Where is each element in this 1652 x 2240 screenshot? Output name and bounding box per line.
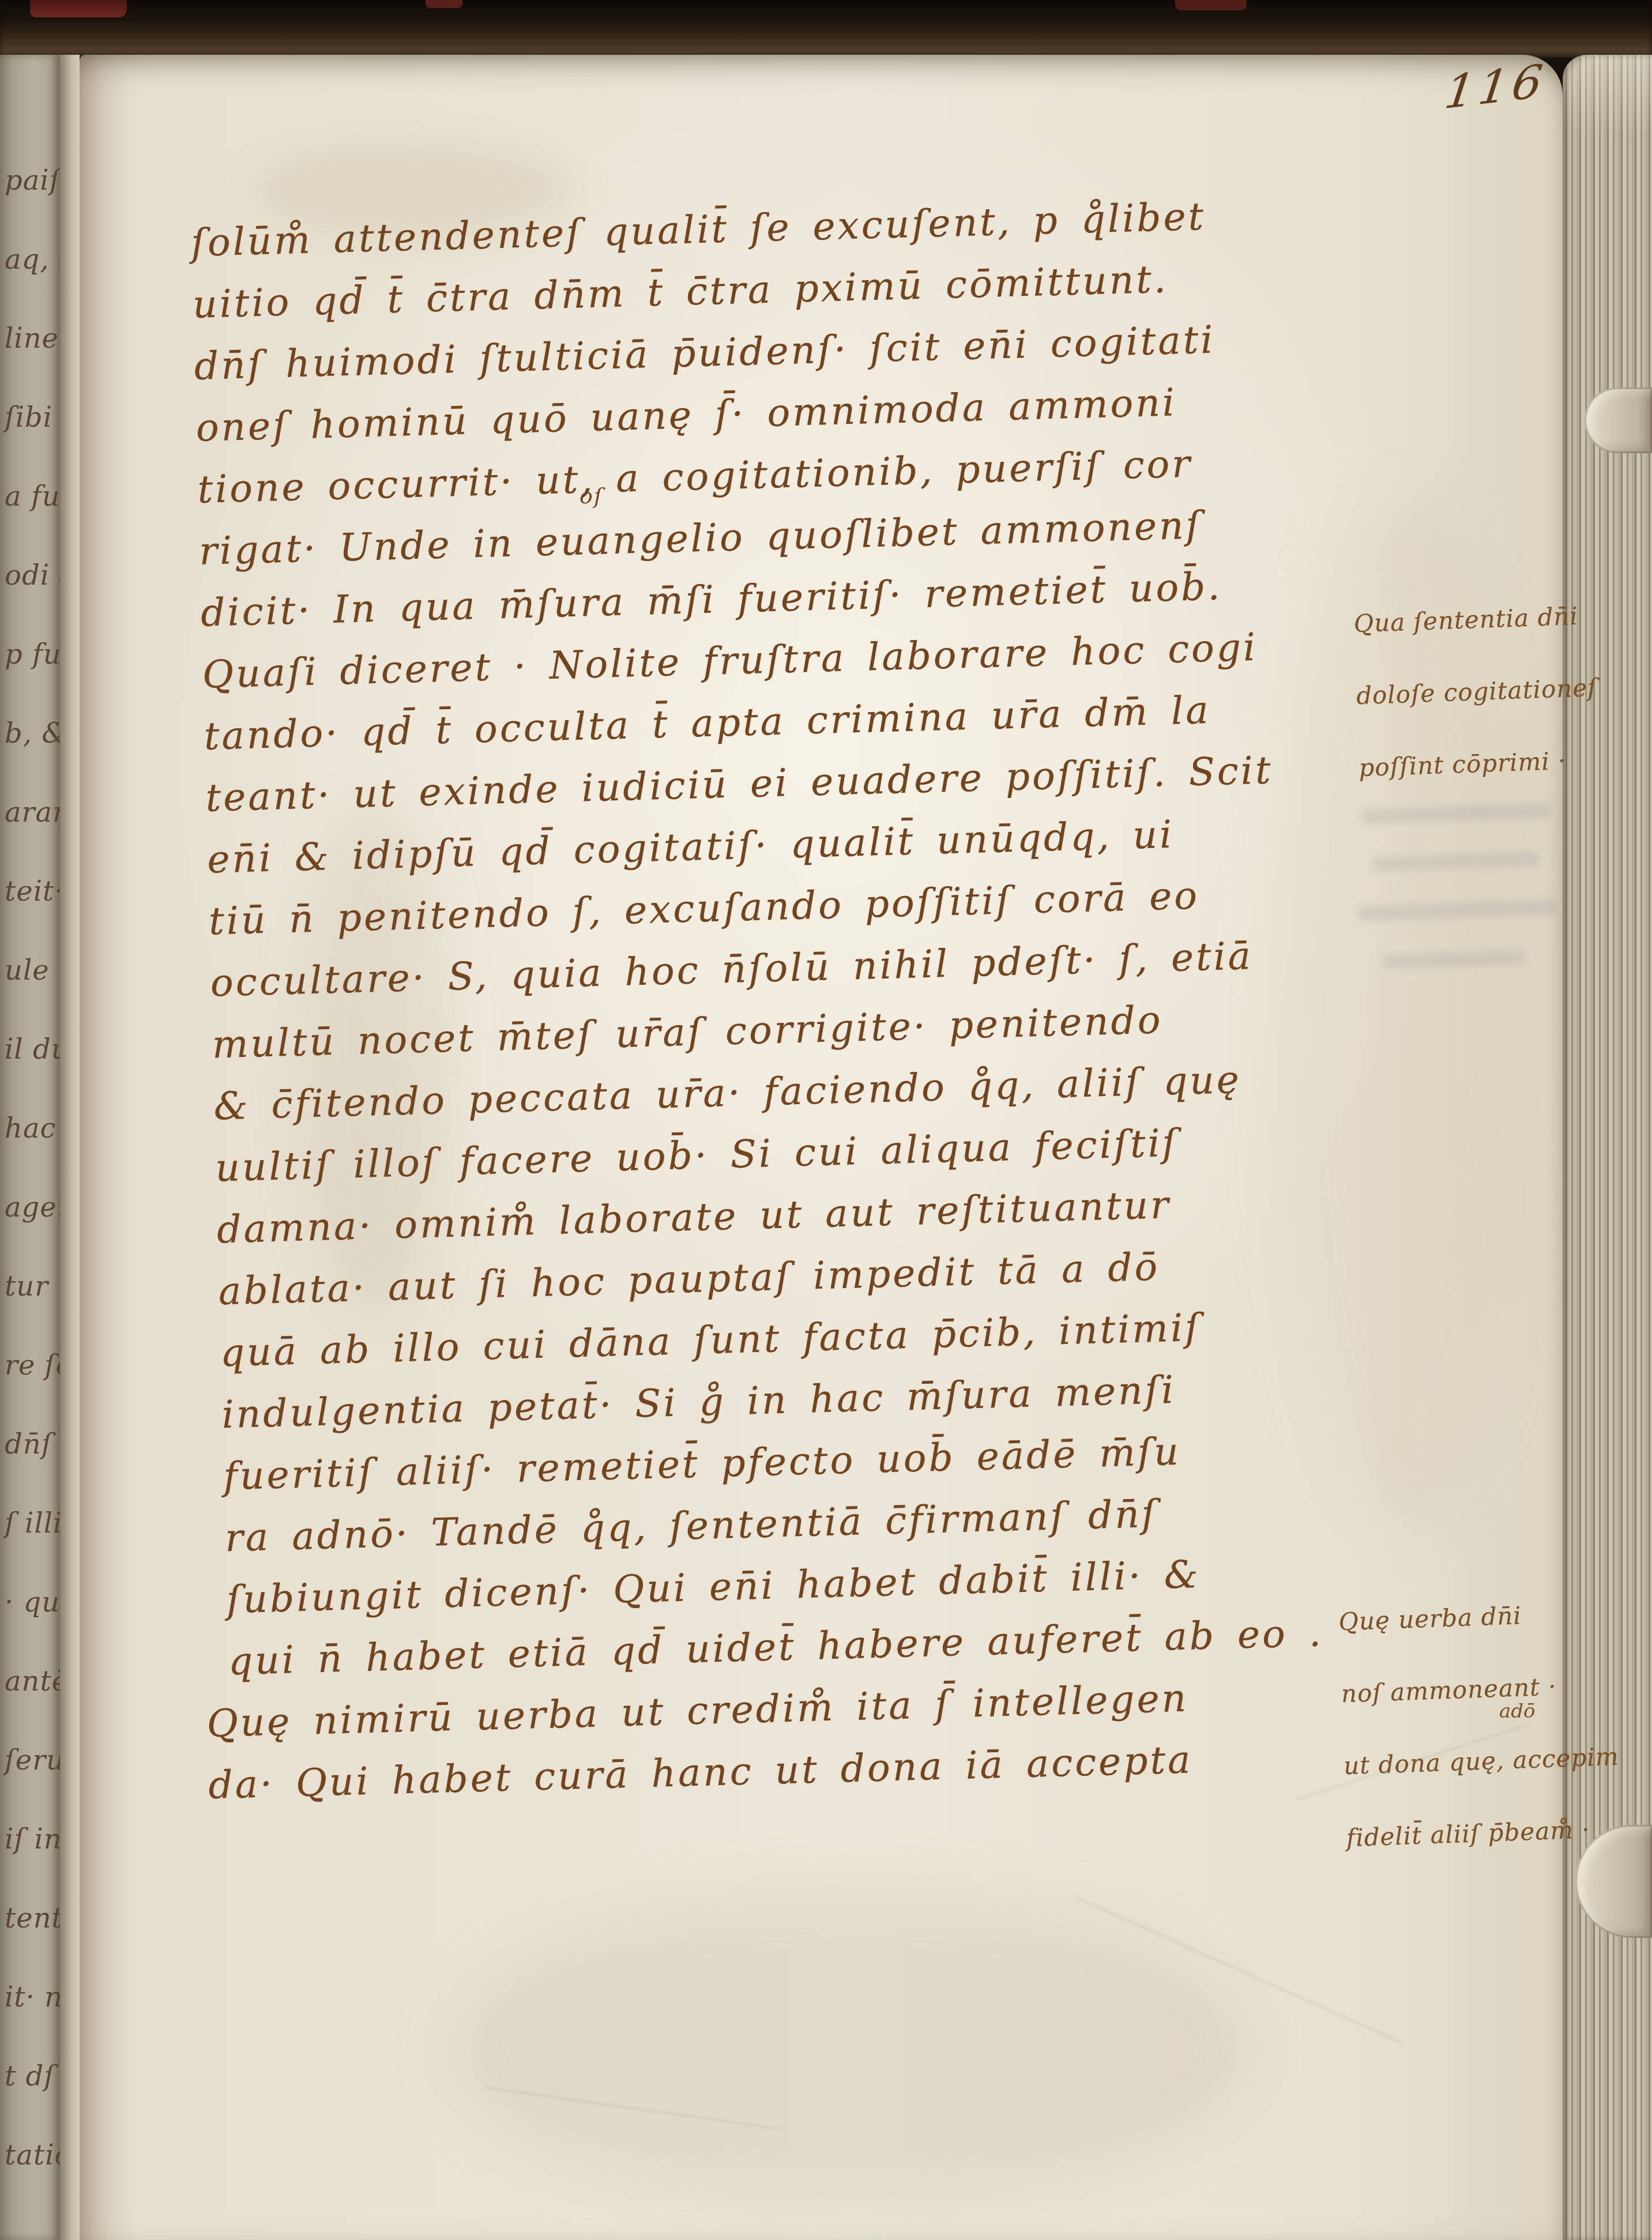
- parchment-stain: [449, 1888, 1256, 2211]
- margin-note-2: Quę uerba dn̄inoſ ammoneant ·ut dona quę…: [1337, 1576, 1623, 1874]
- cover-fragment: [30, 0, 127, 17]
- edge-text-fragment: tationeſ: [5, 2139, 60, 2171]
- margin-note-line: fidelit̄ aliiſ p̄beam̊ ·: [1345, 1793, 1623, 1874]
- cover-fragment: [1175, 0, 1247, 10]
- edge-text-fragment: il dubio: [5, 1033, 60, 1066]
- interlinear-addition: adō: [1499, 1700, 1536, 1723]
- edge-text-fragment: b, & ſi no: [5, 717, 60, 750]
- edge-text-fragment: agerēſ u: [5, 1191, 60, 1223]
- edge-text-fragment: paiſam: [5, 164, 60, 197]
- edge-text-fragment: tentiā dic: [5, 1902, 60, 1934]
- edge-text-fragment: teit· & cu: [5, 875, 60, 908]
- edge-text-fragment: ule cē: [5, 954, 60, 987]
- margin-note-1: Qua ſententia dn̄idoloſe cogitationeſpoſ…: [1353, 579, 1601, 804]
- edge-text-fragment: ſ illiuſ q̊ be: [5, 1507, 60, 1539]
- manuscript-photo: paiſamaq, &iiſline omiſſibi ēſta fur uen…: [0, 0, 1652, 2240]
- edge-text-fragment: aq, &iiſ: [5, 243, 60, 276]
- book-binding-top: [0, 0, 1652, 58]
- page-gutter-shadow: [60, 55, 80, 2240]
- edge-text-fragment: a fur uen: [5, 480, 60, 513]
- edge-text-fragment: t dſ dilig: [5, 2060, 60, 2092]
- edge-text-fragment: antē· Quę: [5, 1665, 60, 1697]
- interlinear-correction: oſ: [579, 483, 603, 509]
- parchment-crease: [484, 2087, 781, 2130]
- edge-text-fragment: ararent.: [5, 796, 60, 829]
- margin-note-line: poſſint cōprimi ·: [1357, 724, 1601, 804]
- edge-text-fragment: odi domi: [5, 559, 60, 592]
- page-marker-tab: [1585, 387, 1652, 453]
- edge-text-fragment: · quē cum: [5, 1586, 60, 1618]
- edge-text-fragment: dn̄ſ quęd: [5, 1428, 60, 1460]
- edge-text-fragment: tur mult: [5, 1270, 60, 1302]
- edge-text-fragment: ſibi ēſt: [5, 401, 60, 434]
- margin-note-line: doloſe cogitationeſ: [1355, 652, 1598, 732]
- main-text-block: ſolūm̊ attendenteſ qualit̄ ſe excuſent, …: [190, 181, 1420, 1816]
- margin-note-line: Qua ſententia dn̄i: [1353, 579, 1596, 660]
- edge-text-fragment: p furēſ: [5, 638, 60, 671]
- edge-text-fragment: ſerui cum: [5, 1744, 60, 1776]
- margin-note-line: ut dona quę, accepim: [1342, 1721, 1620, 1802]
- edge-text-fragment: re ſēp ſoll: [5, 1349, 60, 1381]
- edge-text-fragment: line omiſ: [5, 322, 60, 355]
- parchment-crease: [1075, 1896, 1402, 2043]
- margin-note-line: Quę uerba dn̄i: [1337, 1576, 1615, 1658]
- cover-fragment: [426, 0, 462, 8]
- margin-note-line: noſ ammoneant ·: [1340, 1648, 1618, 1730]
- underlying-page-edge: paiſamaq, &iiſline omiſſibi ēſta fur uen…: [0, 55, 60, 2240]
- edge-text-fragment: it· nec in: [5, 1981, 60, 2013]
- edge-text-fragment: iſ intimat: [5, 1823, 60, 1855]
- edge-text-fragment: hac noti: [5, 1112, 60, 1145]
